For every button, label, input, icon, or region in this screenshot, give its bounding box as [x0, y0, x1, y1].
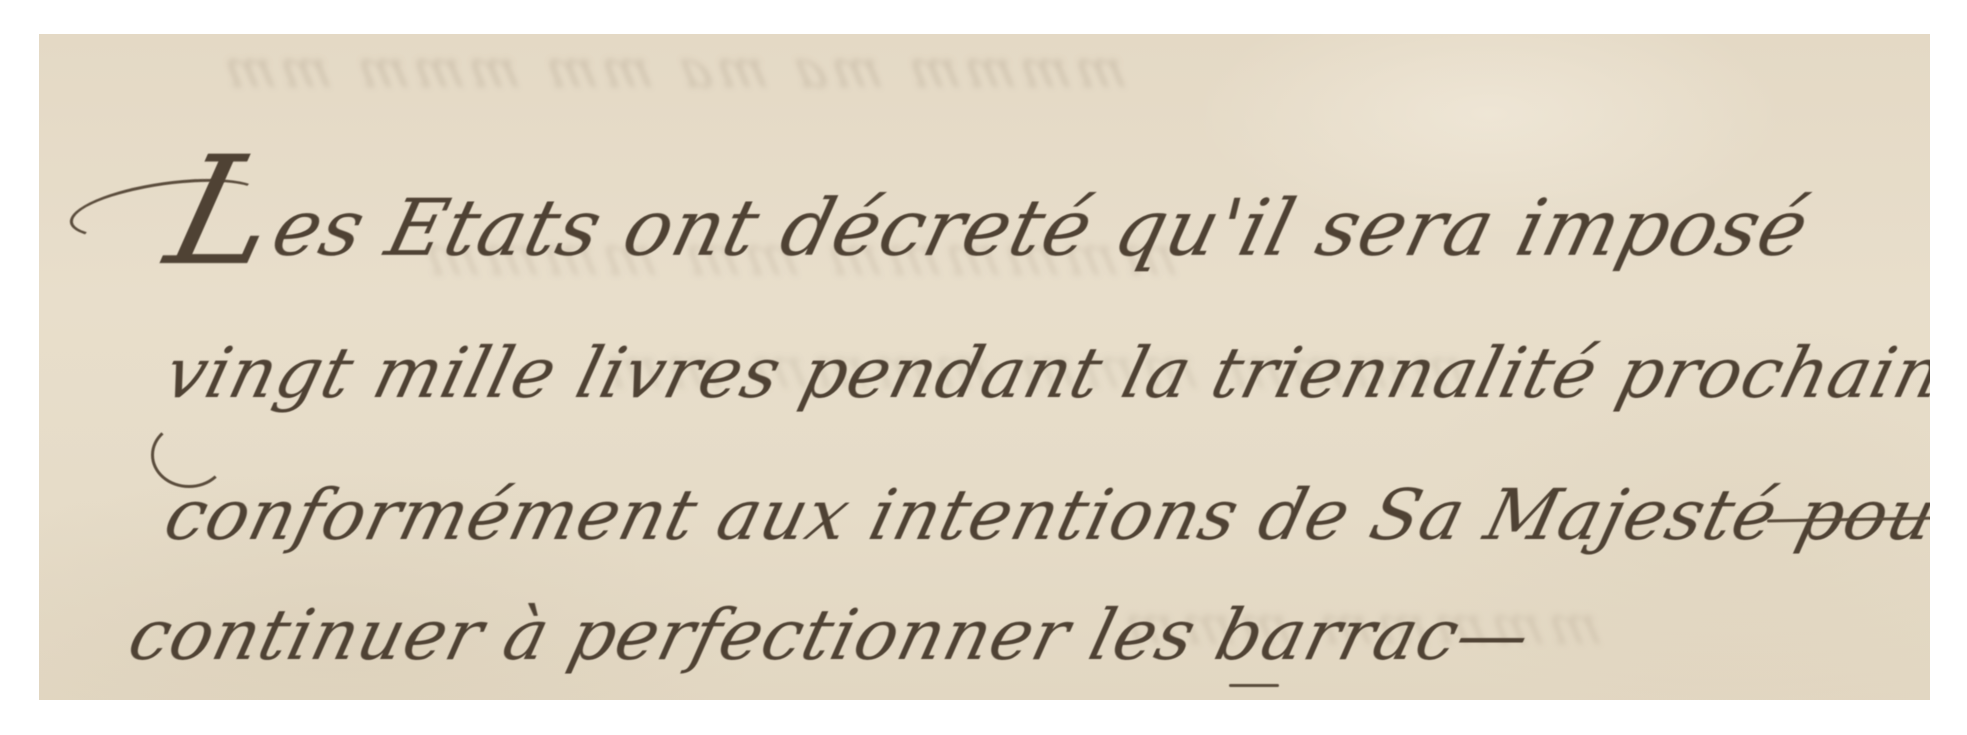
- manuscript-line-1: Les Etats ont décreté qu'il sera imposé: [159, 184, 1818, 274]
- manuscript-line-3: conformément aux intentions de Sa Majest…: [157, 474, 1930, 556]
- line-end-dash: [1229, 684, 1279, 687]
- manuscript-photo: mmmm ma ma mm mmm mm mmmmmm mm mmmm mmmm…: [0, 0, 1967, 735]
- bleed-through-text: mmmm ma ma mm mmm mm: [213, 40, 1131, 100]
- parchment-page: mmmm ma ma mm mmm mm mmmmmm mm mmmm mmmm…: [39, 34, 1930, 700]
- line-text: es Etats ont décreté qu'il sera imposé: [264, 184, 1818, 274]
- manuscript-line-4: continuer à perfectionner les barrac—: [121, 594, 1539, 676]
- manuscript-line-2: vingt mille livres pendant la triennalit…: [157, 332, 1930, 414]
